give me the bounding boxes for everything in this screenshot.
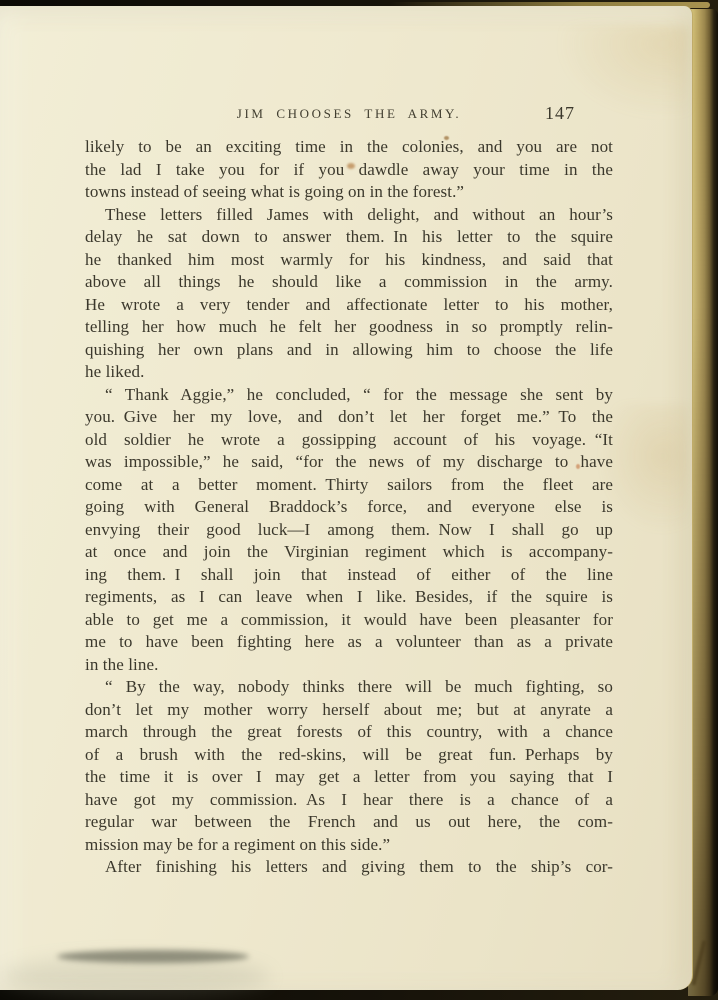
ink-smudge: [57, 950, 249, 963]
text-line: march through the great forests of this …: [85, 721, 613, 744]
text-line: quishing her own plans and in allowing h…: [85, 339, 613, 362]
text-line: “ Thank Aggie,” he concluded, “ for the …: [85, 384, 613, 407]
text-line: the time it is over I may get a letter f…: [85, 766, 613, 789]
paragraph: likely to be an exciting time in the col…: [85, 136, 613, 204]
text-line: able to get me a commission, it would ha…: [85, 609, 613, 632]
paragraph: After finishing his letters and giving t…: [85, 856, 613, 879]
text-line: at once and join the Virginian regiment …: [85, 541, 613, 564]
text-line: regular war between the French and us ou…: [85, 811, 613, 834]
text-line: you. Give her my love, and don’t let her…: [85, 406, 613, 429]
text-line: don’t let my mother worry herself about …: [85, 699, 613, 722]
text-line: he liked.: [85, 361, 613, 384]
text-line: the lad I take you for if you dawdle awa…: [85, 159, 613, 182]
running-head: JIM CHOOSES THE ARMY.: [85, 104, 613, 124]
text-line: of a brush with the red-skins, will be g…: [85, 744, 613, 767]
scan-background: JIM CHOOSES THE ARMY. 147 likely to be a…: [0, 0, 718, 1000]
text-line: going with General Braddock’s force, and…: [85, 496, 613, 519]
paper-stain: [560, 26, 690, 116]
text-block: JIM CHOOSES THE ARMY. 147 likely to be a…: [85, 104, 613, 879]
text-line: old soldier he wrote a gossipping accoun…: [85, 429, 613, 452]
text-line: He wrote a very tender and affectionate …: [85, 294, 613, 317]
text-body: likely to be an exciting time in the col…: [85, 136, 613, 879]
foxing-speck: [576, 464, 580, 469]
paragraph: “ By the way, nobody thinks there will b…: [85, 676, 613, 856]
text-line: towns instead of seeing what is going on…: [85, 181, 613, 204]
foxing-speck: [347, 163, 355, 169]
page-header: JIM CHOOSES THE ARMY. 147: [85, 104, 613, 124]
foxing-speck: [444, 136, 449, 140]
text-line: me to have been fighting here as a volun…: [85, 631, 613, 654]
paragraph: “ Thank Aggie,” he concluded, “ for the …: [85, 384, 613, 677]
text-line: have got my commission. As I hear there …: [85, 789, 613, 812]
text-line: After finishing his letters and giving t…: [85, 856, 613, 879]
text-line: come at a better moment. Thirty sailors …: [85, 474, 613, 497]
text-line: in the line.: [85, 654, 613, 677]
text-line: likely to be an exciting time in the col…: [85, 136, 613, 159]
text-line: envying their good luck—I among them. No…: [85, 519, 613, 542]
page-number: 147: [545, 102, 575, 124]
text-line: he thanked him most warmly for his kindn…: [85, 249, 613, 272]
text-line: was impossible,” he said, “for the news …: [85, 451, 613, 474]
text-line: mission may be for a regiment on this si…: [85, 834, 613, 857]
text-line: “ By the way, nobody thinks there will b…: [85, 676, 613, 699]
book-page: JIM CHOOSES THE ARMY. 147 likely to be a…: [0, 6, 693, 990]
text-line: ing them. I shall join that instead of e…: [85, 564, 613, 587]
text-line: telling her how much he felt her goodnes…: [85, 316, 613, 339]
text-line: above all things he should like a commis…: [85, 271, 613, 294]
text-line: delay he sat down to answer them. In his…: [85, 226, 613, 249]
text-line: These letters filled James with delight,…: [85, 204, 613, 227]
text-line: regiments, as I can leave when I like. B…: [85, 586, 613, 609]
paragraph: These letters filled James with delight,…: [85, 204, 613, 384]
